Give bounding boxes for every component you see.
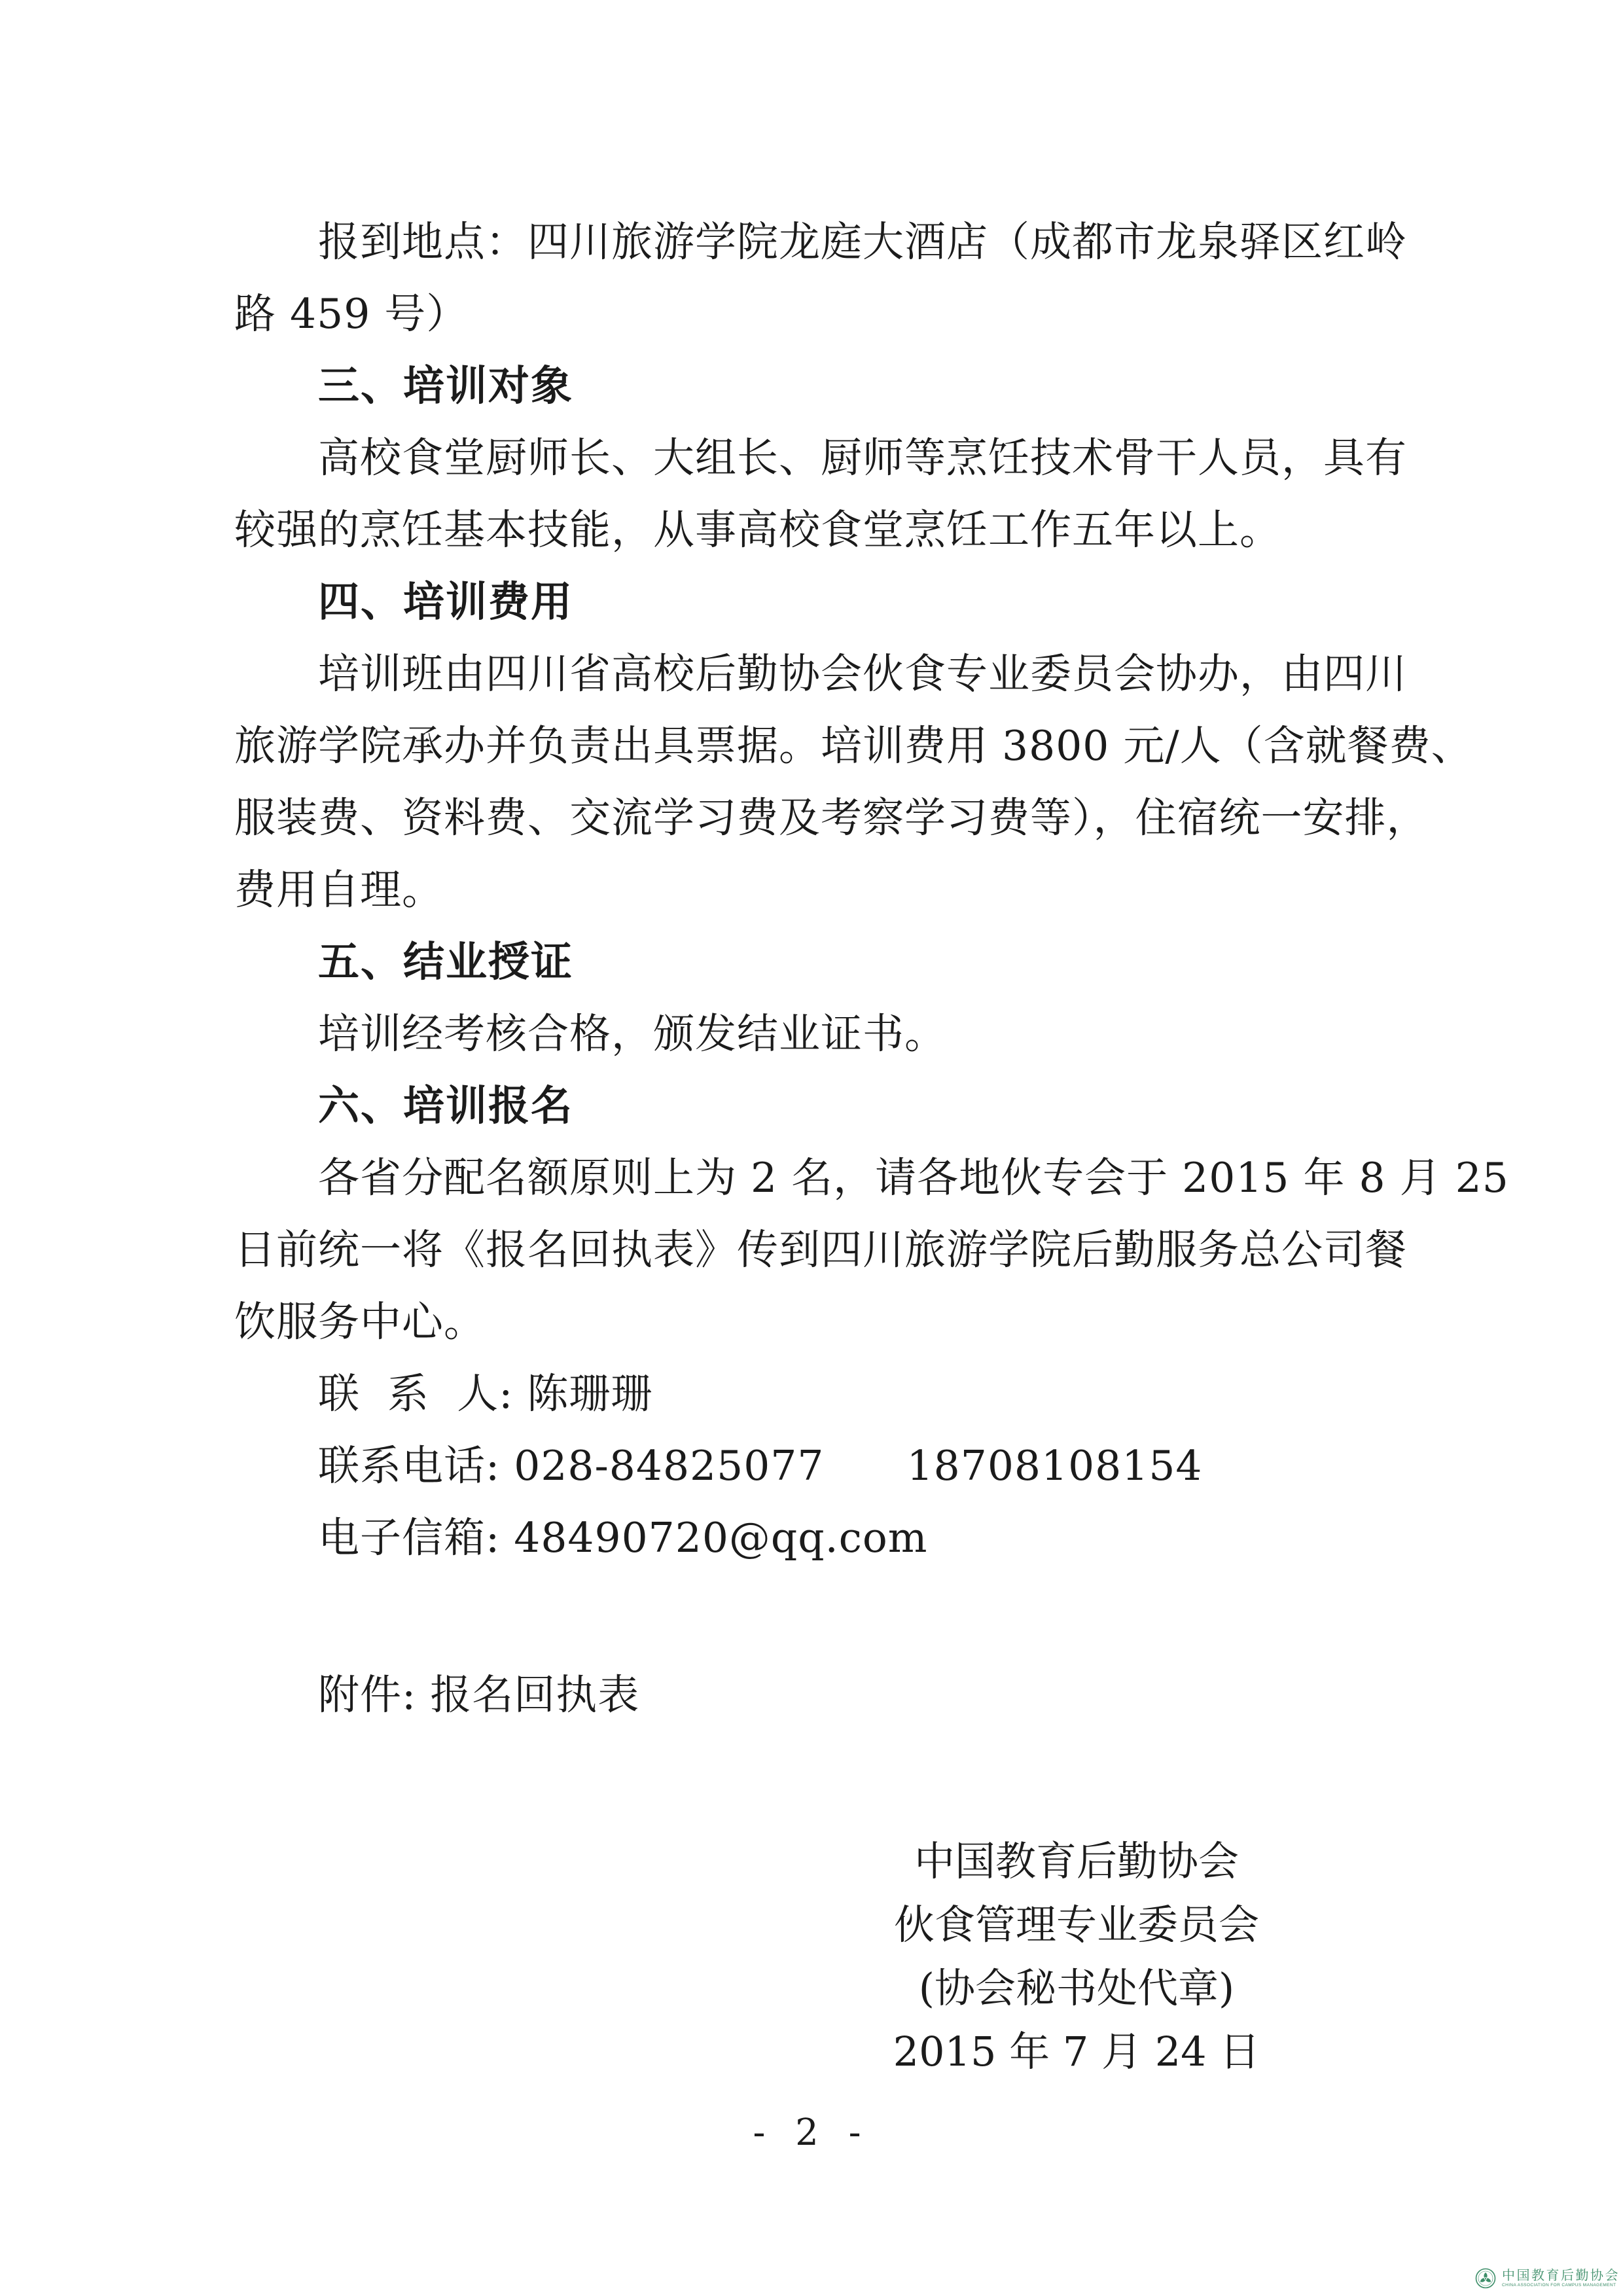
heading-certificate: 五、结业授证 [234, 926, 1412, 998]
heading-training-target: 三、培训对象 [234, 350, 1412, 422]
association-name-cn: 中国教育后勤协会 [1502, 2269, 1620, 2282]
line-report-location-cont: 路 459 号） [234, 278, 1412, 350]
line-contact-phone: 联系电话: 028-84825077 18708108154 [234, 1430, 1412, 1502]
heading-training-fee: 四、培训费用 [234, 566, 1412, 638]
association-logo-text: 中国教育后勤协会 CHINA ASSOCIATION FOR CAMPUS MA… [1502, 2269, 1620, 2288]
line-training-fee-1: 培训班由四川省高校后勤协会伙食专业委员会协办，由四川 [234, 638, 1412, 710]
signature-org-1: 中国教育后勤协会 [746, 1829, 1407, 1893]
line-contact-person: 联 系 人: 陈珊珊 [234, 1358, 1412, 1430]
signature-block: 中国教育后勤协会 伙食管理专业委员会 (协会秘书处代章) 2015 年 7 月 … [746, 1829, 1407, 2083]
line-training-target-cont: 较强的烹饪基本技能，从事高校食堂烹饪工作五年以上。 [234, 494, 1412, 566]
document-page: 报到地点：四川旅游学院龙庭大酒店（成都市龙泉驿区红岭 路 459 号） 三、培训… [0, 0, 1623, 2296]
signature-org-2: 伙食管理专业委员会 [746, 1893, 1407, 1956]
line-training-fee-3: 服装费、资料费、交流学习费及考察学习费等），住宿统一安排， [234, 782, 1412, 854]
blank-line [234, 1574, 1412, 1659]
signature-date: 2015 年 7 月 24 日 [746, 2020, 1407, 2083]
association-emblem-icon [1475, 2268, 1496, 2289]
line-registration-2: 日前统一将《报名回执表》传到四川旅游学院后勤服务总公司餐 [234, 1214, 1412, 1286]
line-training-target: 高校食堂厨师长、大组长、厨师等烹饪技术骨干人员，具有 [234, 422, 1412, 494]
line-certificate: 培训经考核合格，颁发结业证书。 [234, 998, 1412, 1070]
line-report-location: 报到地点：四川旅游学院龙庭大酒店（成都市龙泉驿区红岭 [234, 206, 1412, 278]
main-text: 报到地点：四川旅游学院龙庭大酒店（成都市龙泉驿区红岭 路 459 号） 三、培训… [234, 206, 1412, 1731]
line-registration-3: 饮服务中心。 [234, 1286, 1412, 1358]
page-number: - 2 - [0, 2111, 1623, 2154]
line-attachment: 附件: 报名回执表 [234, 1659, 1412, 1731]
line-contact-email: 电子信箱: 48490720@qq.com [234, 1502, 1412, 1574]
signature-seal-note: (协会秘书处代章) [746, 1956, 1407, 2020]
association-name-en: CHINA ASSOCIATION FOR CAMPUS MANAGEMENT [1502, 2284, 1620, 2288]
line-registration-1: 各省分配名额原则上为 2 名，请各地伙专会于 2015 年 8 月 25 [234, 1142, 1412, 1214]
line-training-fee-2: 旅游学院承办并负责出具票据。培训费用 3800 元/人（含就餐费、 [234, 710, 1412, 782]
line-training-fee-4: 费用自理。 [234, 854, 1412, 926]
heading-registration: 六、培训报名 [234, 1070, 1412, 1142]
association-logo: 中国教育后勤协会 CHINA ASSOCIATION FOR CAMPUS MA… [1475, 2268, 1620, 2289]
